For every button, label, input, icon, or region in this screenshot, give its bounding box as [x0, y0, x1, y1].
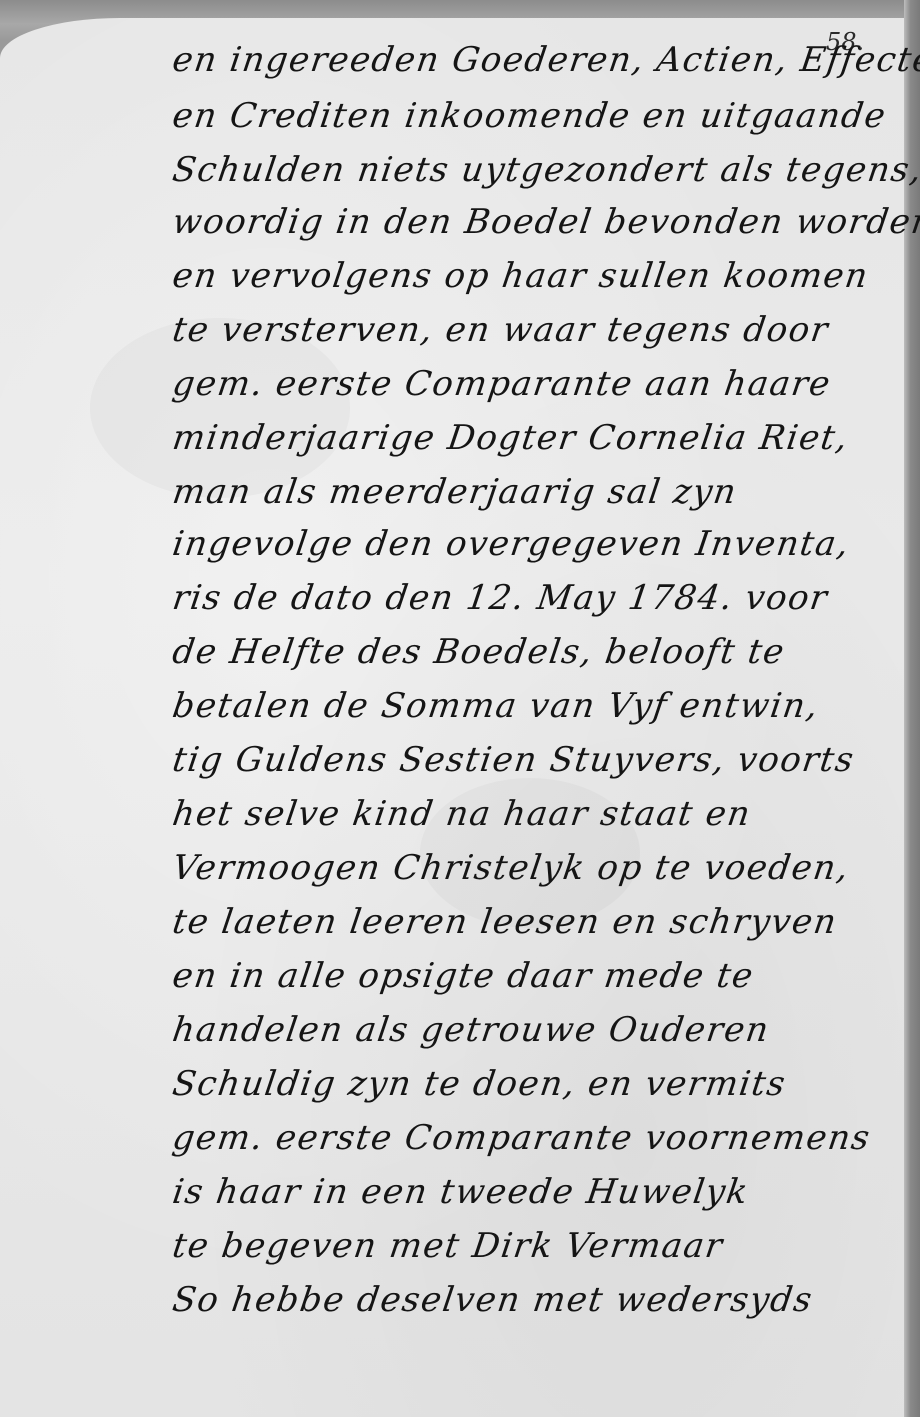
manuscript-line-7: gem. eerste Comparante aan haare	[170, 364, 834, 404]
manuscript-line-10: ingevolge den overgegeven Inventa,	[170, 524, 852, 564]
manuscript-line-3: Schulden niets uytgezondert als tegens,	[170, 150, 920, 190]
manuscript-line-16: Vermoogen Christelyk op te voeden,	[170, 848, 852, 888]
manuscript-line-1: en ingereeden Goederen, Actien, Effecten	[170, 40, 920, 80]
manuscript-line-5: en vervolgens op haar sullen koomen	[170, 256, 871, 296]
manuscript-line-11: ris de dato den 12. May 1784. voor	[170, 578, 831, 618]
manuscript-line-13: betalen de Somma van Vyf entwin,	[170, 686, 821, 726]
manuscript-line-20: Schuldig zyn te doen, en vermits	[170, 1064, 789, 1104]
manuscript-line-21: gem. eerste Comparante voornemens	[170, 1118, 873, 1158]
manuscript-line-22: is haar in een tweede Huwelyk	[170, 1172, 751, 1212]
manuscript-line-14: tig Guldens Sestien Stuyvers, voorts	[170, 740, 857, 780]
manuscript-line-17: te laeten leeren leesen en schryven	[170, 902, 840, 942]
manuscript-line-9: man als meerderjaarig sal zyn	[170, 472, 740, 512]
manuscript-line-23: te begeven met Dirk Vermaar	[170, 1226, 726, 1266]
manuscript-line-12: de Helfte des Boedels, belooft te	[170, 632, 788, 672]
manuscript-line-18: en in alle opsigte daar mede te	[170, 956, 757, 996]
scanned-document: 58. en ingereeden Goederen, Actien, Effe…	[0, 0, 920, 1417]
manuscript-line-2: en Crediten inkoomende en uitgaande	[170, 96, 889, 136]
manuscript-line-6: te versterven, en waar tegens door	[170, 310, 831, 350]
manuscript-line-8: minderjaarige Dogter Cornelia Riet,	[170, 418, 851, 458]
manuscript-line-15: het selve kind na haar staat en	[170, 794, 754, 834]
manuscript-line-19: handelen als getrouwe Ouderen	[170, 1010, 772, 1050]
manuscript-line-24: So hebbe deselven met wedersyds	[170, 1280, 816, 1320]
manuscript-line-4: woordig in den Boedel bevonden worden,	[170, 202, 920, 242]
